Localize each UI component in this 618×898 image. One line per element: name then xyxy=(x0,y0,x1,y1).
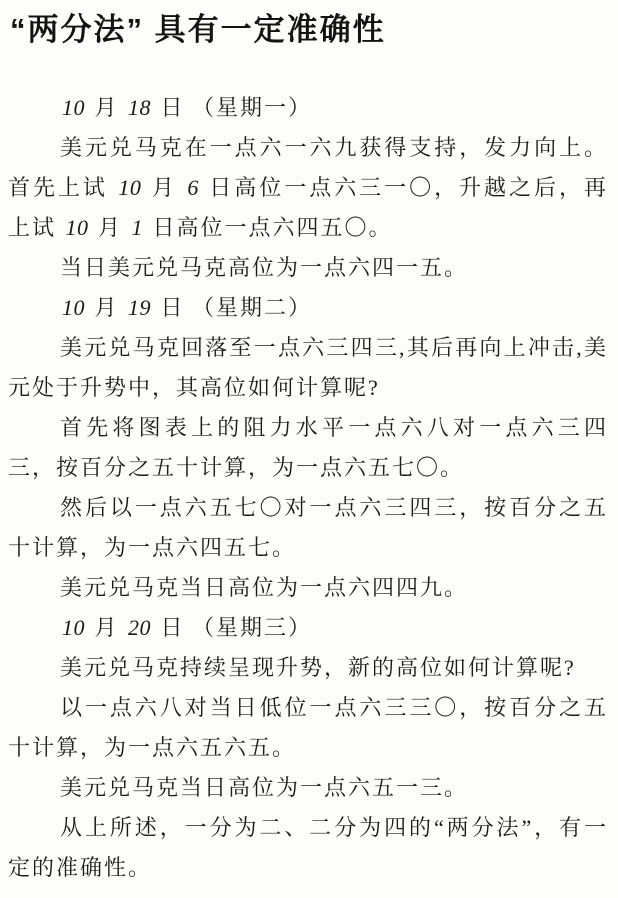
numeral: 10 xyxy=(60,615,87,640)
numeral: 1 xyxy=(130,215,146,240)
numeral: 19 xyxy=(126,295,153,320)
paragraph: 首先将图表上的阻力水平一点六八对一点六三四三，按百分之五十计算，为一点六五七〇。 xyxy=(8,408,608,488)
paragraph: 美元兑马克当日高位为一点六五一三。 xyxy=(8,768,608,808)
body-text: 10 月 18 日 （星期一）美元兑马克在一点六一六九获得支持，发力向上。首先上… xyxy=(8,88,608,888)
document-page: “两分法” 具有一定准确性 10 月 18 日 （星期一）美元兑马克在一点六一六… xyxy=(0,0,618,898)
paragraph: 美元兑马克在一点六一六九获得支持，发力向上。首先上试 10 月 6 日高位一点六… xyxy=(8,128,608,248)
numeral: 10 xyxy=(64,215,91,240)
page-title: “两分法” 具有一定准确性 xyxy=(10,10,608,50)
numeral: 10 xyxy=(60,95,87,120)
paragraph: 当日美元兑马克高位为一点六四一五。 xyxy=(8,248,608,288)
paragraph: 从上所述，一分为二、二分为四的“两分法”，有一定的准确性。 xyxy=(8,808,608,888)
numeral: 10 xyxy=(60,295,87,320)
paragraph: 美元兑马克回落至一点六三四三,其后再向上冲击,美元处于升势中，其高位如何计算呢? xyxy=(8,328,608,408)
paragraph: 以一点六八对当日低位一点六三三〇，按百分之五十计算，为一点六五六五。 xyxy=(8,688,608,768)
numeral: 10 xyxy=(116,175,143,200)
paragraph: 10 月 20 日 （星期三） xyxy=(8,608,608,648)
paragraph: 然后以一点六五七〇对一点六三四三，按百分之五十计算，为一点六四五七。 xyxy=(8,488,608,568)
paragraph: 美元兑马克当日高位为一点六四四九。 xyxy=(8,568,608,608)
numeral: 6 xyxy=(185,175,201,200)
paragraph: 10 月 19 日 （星期二） xyxy=(8,288,608,328)
paragraph: 美元兑马克持续呈现升势，新的高位如何计算呢? xyxy=(8,648,608,688)
numeral: 20 xyxy=(126,615,153,640)
numeral: 18 xyxy=(126,95,153,120)
paragraph: 10 月 18 日 （星期一） xyxy=(8,88,608,128)
